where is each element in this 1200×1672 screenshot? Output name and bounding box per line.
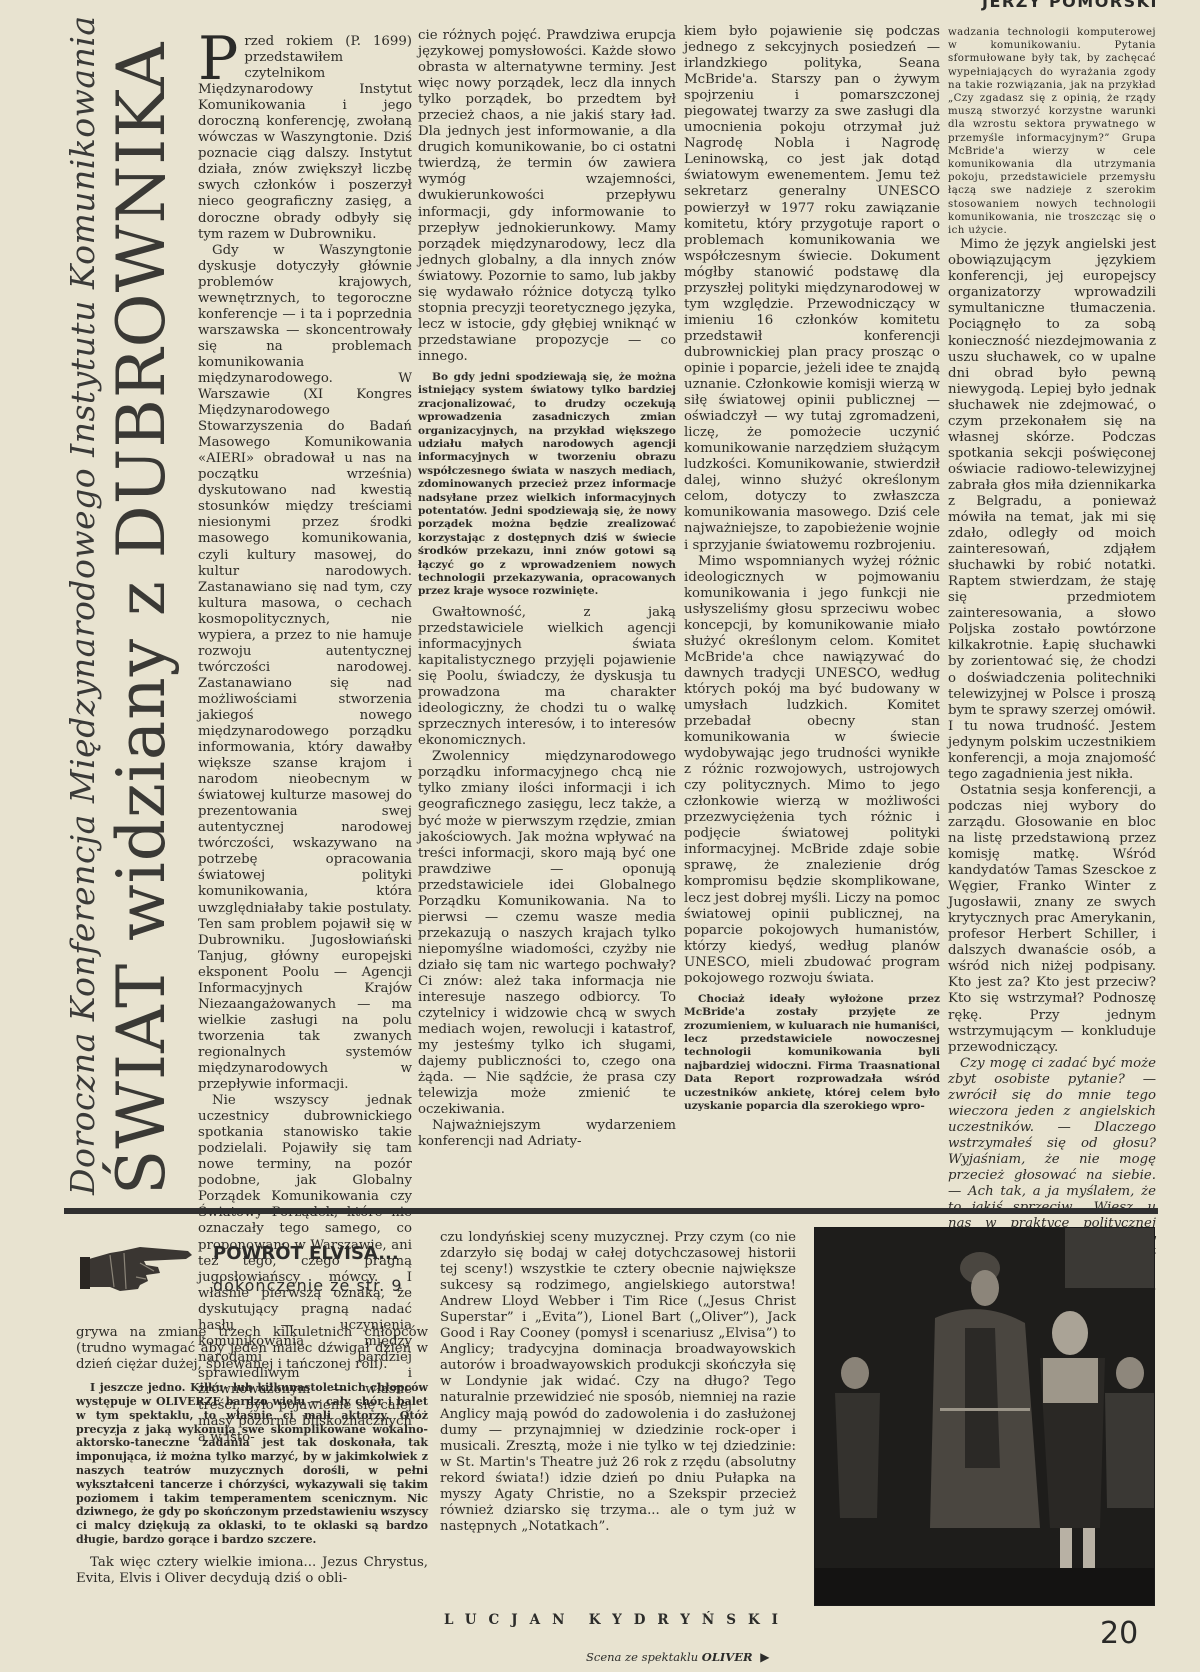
paragraph: Zwolennicy międzynarodowego porządku inf…: [418, 749, 676, 1118]
paragraph: Mimo że język angielski jest obowiązując…: [948, 237, 1156, 783]
sidebar-signature: LUCJAN KYDRYŃSKI: [444, 1612, 790, 1628]
paragraph-small-print: wadzania technologii komputerowej w komu…: [948, 26, 1156, 237]
paragraph-small-print: Chociaż ideały wyłożone przez McBride'a …: [684, 993, 940, 1114]
drop-cap: P: [198, 36, 238, 82]
stage-photo-oliver: [814, 1227, 1155, 1606]
article-subtitle: Doroczna Konferencja Międzynarodowego In…: [62, 30, 104, 1195]
article-column-4: wadzania technologii komputerowej w komu…: [948, 26, 1156, 1312]
section-divider: [64, 1208, 1158, 1214]
article-author: JERZY POMORSKI: [955, 0, 1185, 11]
sidebar-story-title: POWRÓT ELVISA...: [213, 1243, 399, 1264]
paragraph: cie różnych pojęć. Prawdziwa erupcja jęz…: [418, 28, 676, 365]
paragraph: Najważniejszym wydarzeniem konferencji n…: [418, 1118, 676, 1150]
paragraph: Przed rokiem (P. 1699) przedstawiłem czy…: [198, 34, 412, 243]
paragraph: Gwałtowność, z jaką przedstawiciele wiel…: [418, 605, 676, 749]
article-title: ŚWIAT widziany z DUBROWNIKA: [107, 30, 177, 1195]
paragraph-small-print: Bo gdy jedni spodziewają się, że można i…: [418, 371, 676, 599]
photo-placeholder-image: [815, 1228, 1155, 1606]
paragraph: Gdy w Waszyngtonie dyskusje dotyczyły gł…: [198, 243, 412, 1093]
article-column-3: kiem było pojawienie się podczas jednego…: [684, 24, 940, 1119]
paragraph: Ostatnia sesja konferencji, a podczas ni…: [948, 783, 1156, 1056]
paragraph: Mimo wspomnianych wyżej różnic ideologic…: [684, 554, 940, 987]
paragraph: Tak więc cztery wielkie imiona... Jezus …: [76, 1555, 428, 1587]
sidebar-column-1: grywa na zmianę trzech kilkuletnich chło…: [76, 1325, 428, 1587]
photo-caption: Scena ze spektaklu OLIVER ▶: [586, 1650, 769, 1664]
paragraph: grywa na zmianę trzech kilkuletnich chło…: [76, 1325, 428, 1373]
paragraph: kiem było pojawienie się podczas jednego…: [684, 24, 940, 554]
article-column-2: cie różnych pojęć. Prawdziwa erupcja jęz…: [418, 28, 676, 1150]
arrow-right-icon: ▶: [760, 1650, 769, 1664]
signature-last-name: KYDRYŃSKI: [589, 1612, 790, 1628]
continued-from-link[interactable]: dokończenie ze str. 9: [213, 1276, 403, 1295]
signature-first-name: LUCJAN: [444, 1612, 576, 1628]
article-column-1: Przed rokiem (P. 1699) przedstawiłem czy…: [198, 34, 412, 1446]
pointing-hand-icon: [80, 1243, 195, 1295]
paragraph: czu londyńskiej sceny muzycznej. Przy cz…: [440, 1230, 796, 1535]
paragraph-small-print: I jeszcze jedno. Kilku- lub kilkunastole…: [76, 1381, 428, 1547]
page-number: 20: [1100, 1616, 1138, 1651]
magazine-page: JERZY POMORSKI Doroczna Konferencja Międ…: [0, 0, 1200, 1672]
sidebar-column-2: czu londyńskiej sceny muzycznej. Przy cz…: [440, 1230, 796, 1535]
vertical-title-block: Doroczna Konferencja Międzynarodowego In…: [62, 30, 177, 1195]
